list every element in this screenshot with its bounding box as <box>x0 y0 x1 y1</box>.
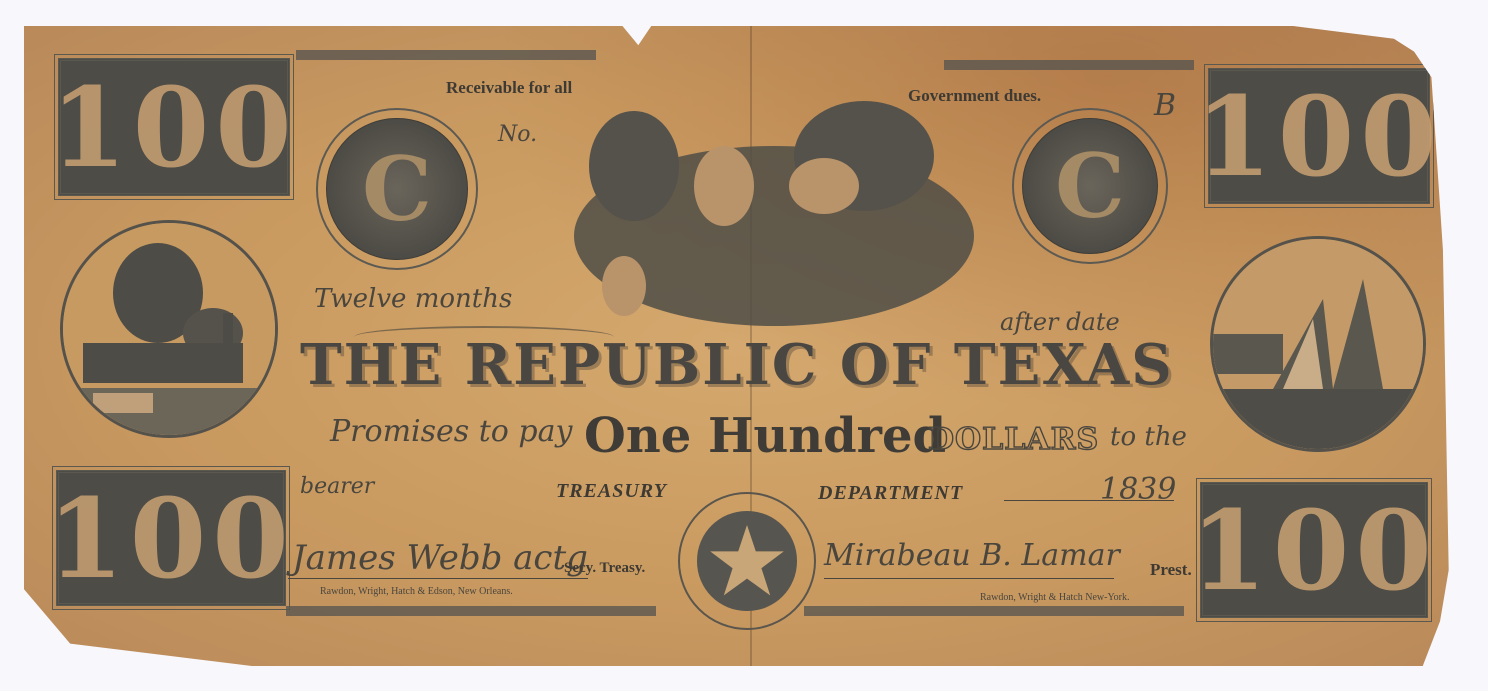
bottom-border-band-left <box>286 606 656 616</box>
receivable-text: Receivable for all <box>446 78 572 98</box>
corner-denomination-bottom-right: 100 <box>1200 482 1428 618</box>
lone-star-seal <box>678 492 816 630</box>
bearer-text: bearer <box>300 474 374 499</box>
term-left-text: Twelve months <box>314 284 512 314</box>
ship-vignette <box>1210 236 1426 452</box>
government-dues-text: Government dues. <box>908 86 1041 106</box>
left-signature-title: Secy. Treasy. <box>564 560 645 577</box>
issuer-title: THE REPUBLIC OF TEXAS <box>300 332 1174 398</box>
rosette-left: C <box>316 108 478 270</box>
right-signature-line <box>824 578 1114 579</box>
star-icon <box>707 521 787 601</box>
right-signature-title: Prest. <box>1150 560 1192 580</box>
train-vignette <box>60 220 278 438</box>
banknote: 100 100 100 100 C C <box>24 26 1466 666</box>
printer-imprint-left: Rawdon, Wright, Hatch & Edson, New Orlea… <box>320 586 513 597</box>
dollars-word: DOLLARS <box>928 422 1099 457</box>
number-label: No. <box>498 122 537 147</box>
right-signature: Mirabeau B. Lamar <box>824 538 1120 573</box>
left-signature-line <box>288 578 588 579</box>
ship-scene-icon <box>1213 239 1423 449</box>
corner-denomination-top-right: 100 <box>1208 68 1430 204</box>
allegorical-vignette-icon <box>564 76 984 326</box>
top-border-band-right <box>944 60 1194 70</box>
corner-denomination-bottom-left: 100 <box>56 470 286 606</box>
plate-letter: B <box>1154 88 1176 123</box>
promise-text: Promises to pay <box>330 414 572 449</box>
amount-words: One Hundred <box>584 408 946 464</box>
printer-imprint-right: Rawdon, Wright & Hatch New-York. <box>980 592 1130 603</box>
rosette-right: C <box>1012 108 1168 264</box>
train-scene-icon <box>63 223 275 435</box>
treasury-text: TREASURY <box>556 480 667 503</box>
top-border-band-left <box>296 50 596 60</box>
corner-denomination-top-left: 100 <box>58 58 290 196</box>
department-text: DEPARTMENT <box>818 482 963 505</box>
year-text: 1839 <box>1100 472 1176 507</box>
bottom-border-band-right <box>804 606 1184 616</box>
to-the-text: to the <box>1110 422 1187 452</box>
left-signature: James Webb actg <box>292 538 588 578</box>
